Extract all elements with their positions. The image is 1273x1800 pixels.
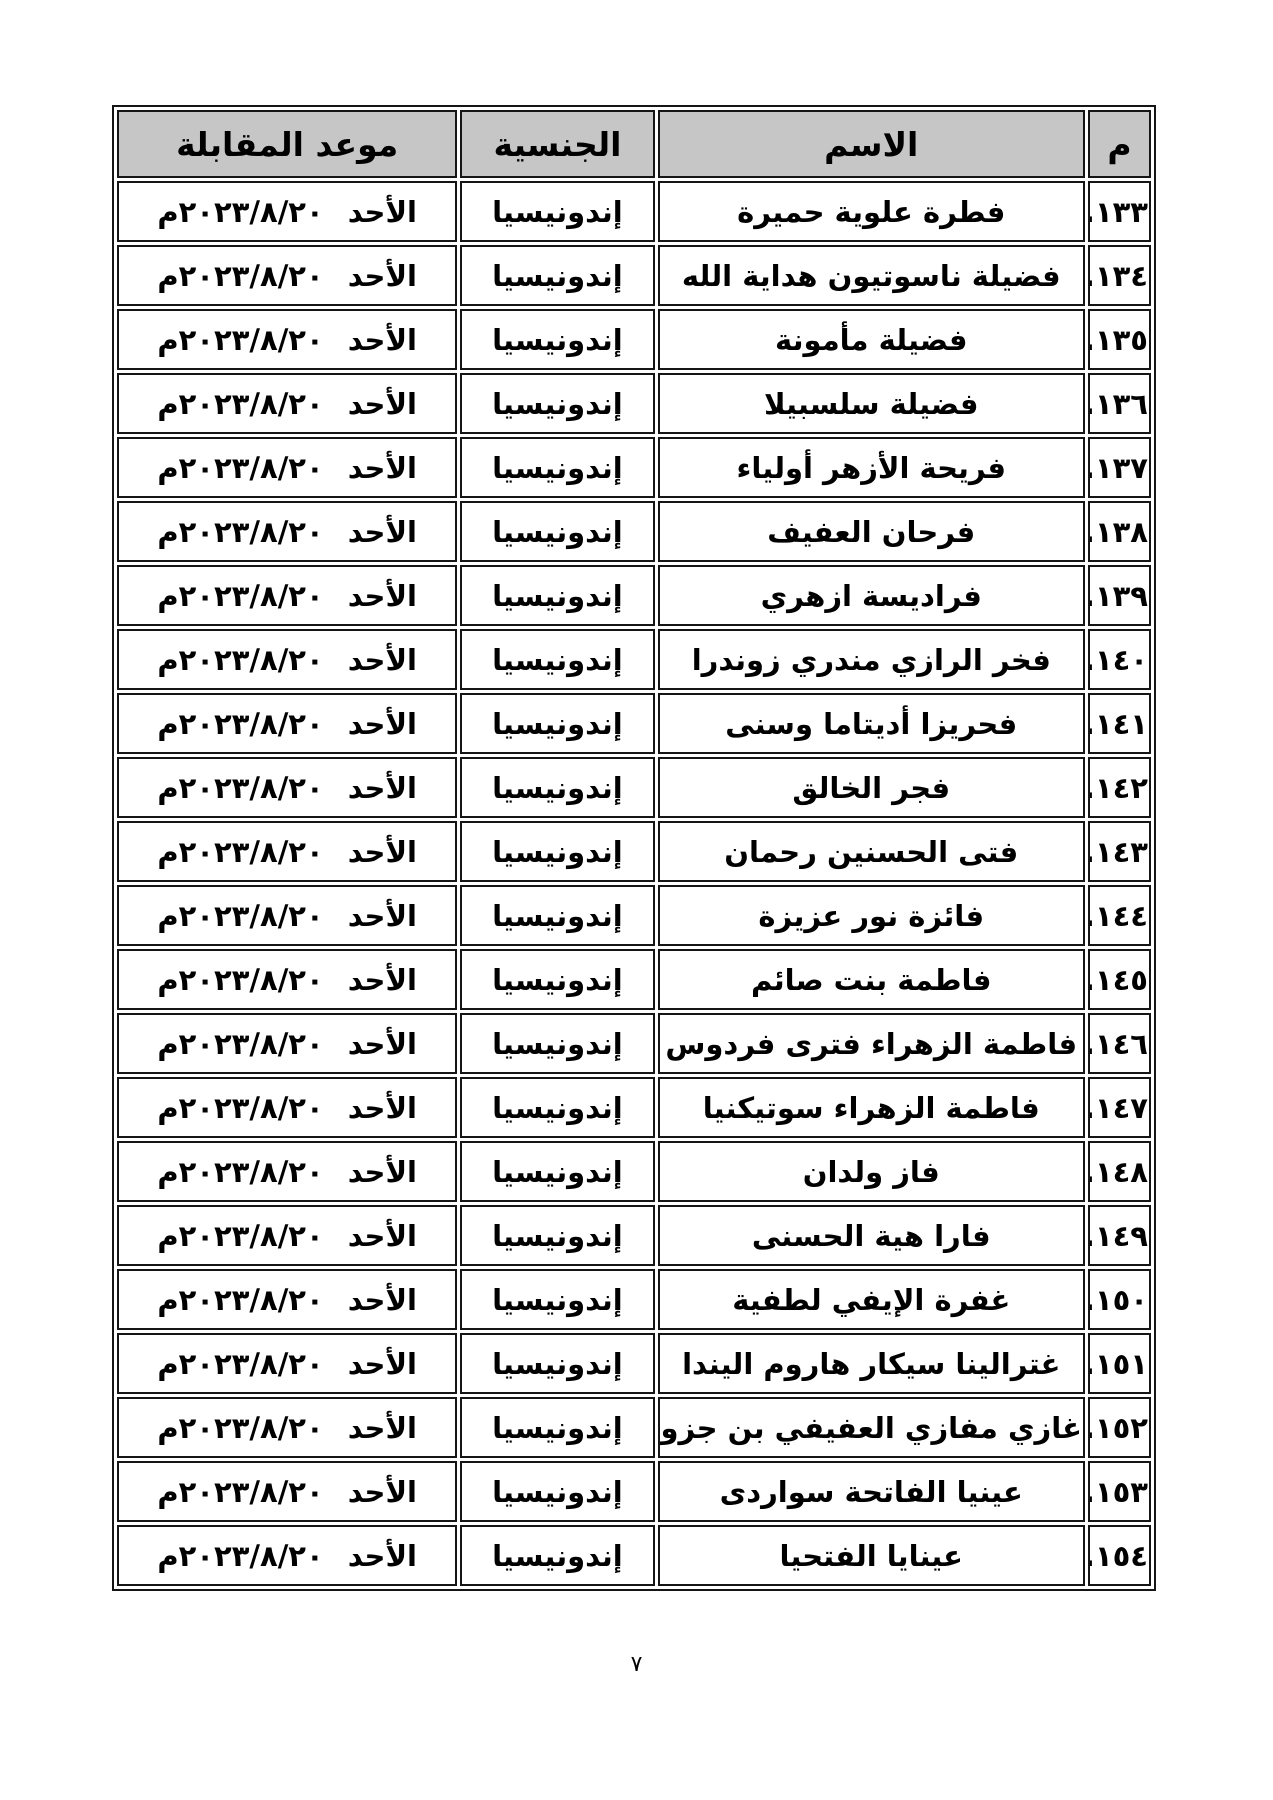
table-row: ١٤٣.فتى الحسنين رحمانإندونيسياالأحد ٢٠٢٣… [117,821,1151,882]
nationality-cell: إندونيسيا [460,629,654,690]
interview-date-cell: الأحد ٢٠٢٣/٨/٢٠م [117,1269,457,1330]
name-cell: فضيلة سلسبيلا [658,373,1085,434]
number-cell: ١٣٦. [1088,373,1151,434]
number-cell: ١٤٧. [1088,1077,1151,1138]
nationality-cell: إندونيسيا [460,1333,654,1394]
table-row: ١٤٤.فائزة نور عزيزةإندونيسياالأحد ٢٠٢٣/٨… [117,885,1151,946]
header-interview-date: موعد المقابلة [117,110,457,178]
interview-date-cell: الأحد ٢٠٢٣/٨/٢٠م [117,1141,457,1202]
header-nationality: الجنسية [460,110,654,178]
nationality-cell: إندونيسيا [460,1077,654,1138]
name-cell: فطرة علوية حميرة [658,181,1085,242]
table-row: ١٣٧.فريحة الأزهر أولياءإندونيسياالأحد ٢٠… [117,437,1151,498]
nationality-cell: إندونيسيا [460,1141,654,1202]
interview-date-cell: الأحد ٢٠٢٣/٨/٢٠م [117,885,457,946]
table-row: ١٣٥.فضيلة مأمونةإندونيسياالأحد ٢٠٢٣/٨/٢٠… [117,309,1151,370]
number-cell: ١٤٢. [1088,757,1151,818]
number-cell: ١٣٣. [1088,181,1151,242]
table-row: ١٤٠.فخر الرازي مندري زوندراإندونيسياالأح… [117,629,1151,690]
number-cell: ١٥٠. [1088,1269,1151,1330]
number-cell: ١٥٢. [1088,1397,1151,1458]
number-cell: ١٣٤. [1088,245,1151,306]
name-cell: فرحان العفيف [658,501,1085,562]
name-cell: غازي مفازي العفيفي بن جزولي [658,1397,1085,1458]
table-row: ١٤٦.فاطمة الزهراء فترى فردوسإندونيسياالأ… [117,1013,1151,1074]
name-cell: فاز ولدان [658,1141,1085,1202]
number-cell: ١٥١. [1088,1333,1151,1394]
interview-date-cell: الأحد ٢٠٢٣/٨/٢٠م [117,373,457,434]
number-cell: ١٤٥. [1088,949,1151,1010]
table-row: ١٥٠.غفرة الإيفي لطفيةإندونيسياالأحد ٢٠٢٣… [117,1269,1151,1330]
table-row: ١٣٨.فرحان العفيفإندونيسياالأحد ٢٠٢٣/٨/٢٠… [117,501,1151,562]
nationality-cell: إندونيسيا [460,565,654,626]
interview-date-cell: الأحد ٢٠٢٣/٨/٢٠م [117,501,457,562]
nationality-cell: إندونيسيا [460,181,654,242]
interview-date-cell: الأحد ٢٠٢٣/٨/٢٠م [117,309,457,370]
table-row: ١٤٩.فارا هية الحسنىإندونيسياالأحد ٢٠٢٣/٨… [117,1205,1151,1266]
name-cell: غترالينا سيكار هاروم اليندا [658,1333,1085,1394]
header-number: م [1088,110,1151,178]
table-row: ١٤٥.فاطمة بنت صائمإندونيسياالأحد ٢٠٢٣/٨/… [117,949,1151,1010]
number-cell: ١٤١. [1088,693,1151,754]
nationality-cell: إندونيسيا [460,1525,654,1586]
header-name: الاسم [658,110,1085,178]
table-header-row: م الاسم الجنسية موعد المقابلة [117,110,1151,178]
number-cell: ١٣٨. [1088,501,1151,562]
name-cell: عينايا الفتحيا [658,1525,1085,1586]
interview-date-cell: الأحد ٢٠٢٣/٨/٢٠م [117,1077,457,1138]
table-row: ١٣٩.فراديسة ازهريإندونيسياالأحد ٢٠٢٣/٨/٢… [117,565,1151,626]
name-cell: فاطمة الزهراء سوتيكنيا [658,1077,1085,1138]
name-cell: فضيلة مأمونة [658,309,1085,370]
interview-date-cell: الأحد ٢٠٢٣/٨/٢٠م [117,1333,457,1394]
name-cell: فائزة نور عزيزة [658,885,1085,946]
name-cell: فريحة الأزهر أولياء [658,437,1085,498]
table-row: ١٥٣.عينيا الفاتحة سواردىإندونيسياالأحد ٢… [117,1461,1151,1522]
interview-date-cell: الأحد ٢٠٢٣/٨/٢٠م [117,1397,457,1458]
table-row: ١٤٢.فجر الخالقإندونيسياالأحد ٢٠٢٣/٨/٢٠م [117,757,1151,818]
table-body: ١٣٣.فطرة علوية حميرةإندونيسياالأحد ٢٠٢٣/… [117,181,1151,1586]
name-cell: فراديسة ازهري [658,565,1085,626]
number-cell: ١٣٧. [1088,437,1151,498]
table-row: ١٥٤.عينايا الفتحياإندونيسياالأحد ٢٠٢٣/٨/… [117,1525,1151,1586]
nationality-cell: إندونيسيا [460,1397,654,1458]
interview-date-cell: الأحد ٢٠٢٣/٨/٢٠م [117,949,457,1010]
nationality-cell: إندونيسيا [460,373,654,434]
number-cell: ١٣٥. [1088,309,1151,370]
table-row: ١٤٧.فاطمة الزهراء سوتيكنياإندونيسياالأحد… [117,1077,1151,1138]
page-number: ٧ [0,1652,1273,1677]
number-cell: ١٤٦. [1088,1013,1151,1074]
name-cell: فحريزا أديتاما وسنى [658,693,1085,754]
interview-date-cell: الأحد ٢٠٢٣/٨/٢٠م [117,437,457,498]
table-row: ١٣٦.فضيلة سلسبيلاإندونيسياالأحد ٢٠٢٣/٨/٢… [117,373,1151,434]
interview-date-cell: الأحد ٢٠٢٣/٨/٢٠م [117,565,457,626]
table-row: ١٤٨.فاز ولدانإندونيسياالأحد ٢٠٢٣/٨/٢٠م [117,1141,1151,1202]
nationality-cell: إندونيسيا [460,949,654,1010]
name-cell: فاطمة بنت صائم [658,949,1085,1010]
interview-date-cell: الأحد ٢٠٢٣/٨/٢٠م [117,1013,457,1074]
nationality-cell: إندونيسيا [460,437,654,498]
table-row: ١٤١.فحريزا أديتاما وسنىإندونيسياالأحد ٢٠… [117,693,1151,754]
interview-date-cell: الأحد ٢٠٢٣/٨/٢٠م [117,1461,457,1522]
interview-date-cell: الأحد ٢٠٢٣/٨/٢٠م [117,821,457,882]
interview-date-cell: الأحد ٢٠٢٣/٨/٢٠م [117,629,457,690]
nationality-cell: إندونيسيا [460,1205,654,1266]
nationality-cell: إندونيسيا [460,821,654,882]
nationality-cell: إندونيسيا [460,757,654,818]
nationality-cell: إندونيسيا [460,309,654,370]
table-row: ١٣٣.فطرة علوية حميرةإندونيسياالأحد ٢٠٢٣/… [117,181,1151,242]
nationality-cell: إندونيسيا [460,1269,654,1330]
number-cell: ١٤٣. [1088,821,1151,882]
name-cell: غفرة الإيفي لطفية [658,1269,1085,1330]
interview-date-cell: الأحد ٢٠٢٣/٨/٢٠م [117,1525,457,1586]
name-cell: عينيا الفاتحة سواردى [658,1461,1085,1522]
interview-date-cell: الأحد ٢٠٢٣/٨/٢٠م [117,181,457,242]
interview-date-cell: الأحد ٢٠٢٣/٨/٢٠م [117,693,457,754]
name-cell: فخر الرازي مندري زوندرا [658,629,1085,690]
interview-date-cell: الأحد ٢٠٢٣/٨/٢٠م [117,1205,457,1266]
number-cell: ١٤٠. [1088,629,1151,690]
table-row: ١٣٤.فضيلة ناسوتيون هداية اللهإندونيسياال… [117,245,1151,306]
name-cell: فتى الحسنين رحمان [658,821,1085,882]
number-cell: ١٤٨. [1088,1141,1151,1202]
table-row: ١٥٢.غازي مفازي العفيفي بن جزوليإندونيسيا… [117,1397,1151,1458]
name-cell: فاطمة الزهراء فترى فردوس [658,1013,1085,1074]
name-cell: فجر الخالق [658,757,1085,818]
nationality-cell: إندونيسيا [460,1461,654,1522]
number-cell: ١٥٤. [1088,1525,1151,1586]
interview-date-cell: الأحد ٢٠٢٣/٨/٢٠م [117,245,457,306]
nationality-cell: إندونيسيا [460,501,654,562]
document-page: م الاسم الجنسية موعد المقابلة ١٣٣.فطرة ع… [0,0,1273,1800]
number-cell: ١٣٩. [1088,565,1151,626]
interview-schedule-table: م الاسم الجنسية موعد المقابلة ١٣٣.فطرة ع… [112,105,1156,1591]
name-cell: فضيلة ناسوتيون هداية الله [658,245,1085,306]
table-row: ١٥١.غترالينا سيكار هاروم الينداإندونيسيا… [117,1333,1151,1394]
nationality-cell: إندونيسيا [460,1013,654,1074]
nationality-cell: إندونيسيا [460,693,654,754]
number-cell: ١٥٣. [1088,1461,1151,1522]
interview-date-cell: الأحد ٢٠٢٣/٨/٢٠م [117,757,457,818]
number-cell: ١٤٩. [1088,1205,1151,1266]
nationality-cell: إندونيسيا [460,885,654,946]
number-cell: ١٤٤. [1088,885,1151,946]
name-cell: فارا هية الحسنى [658,1205,1085,1266]
nationality-cell: إندونيسيا [460,245,654,306]
